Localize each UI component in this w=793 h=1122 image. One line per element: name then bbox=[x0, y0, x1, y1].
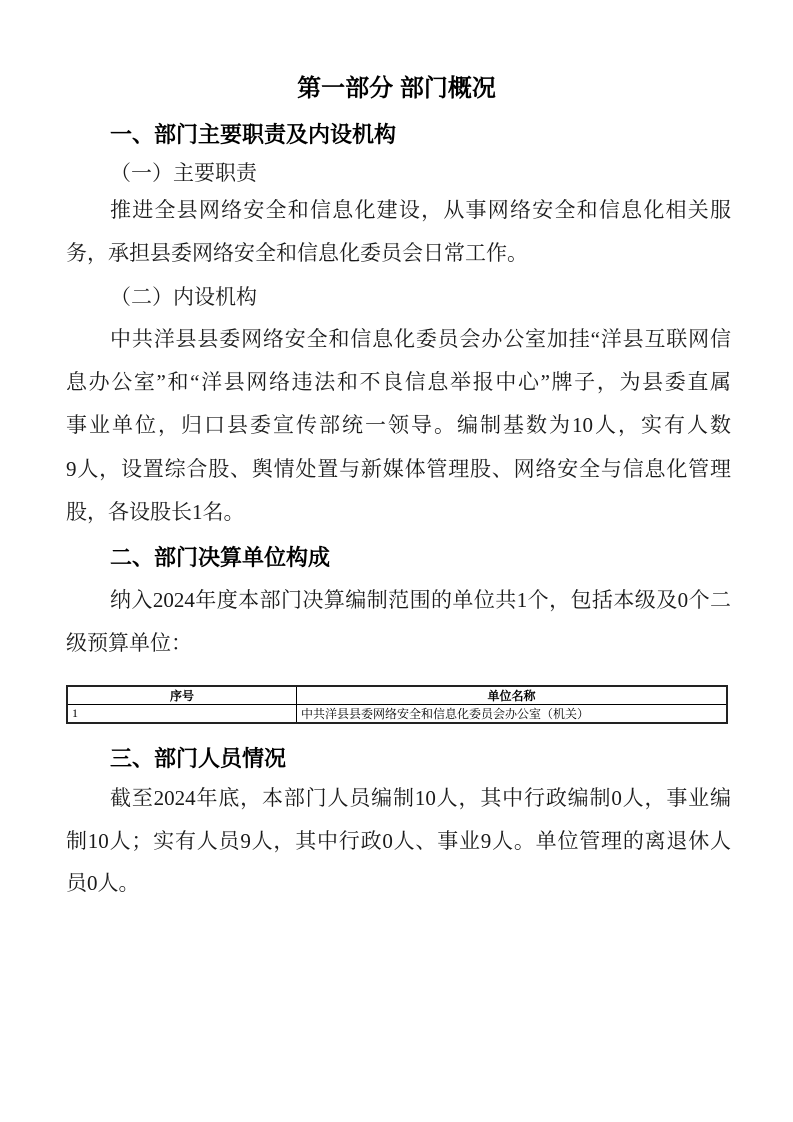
body-line: 事业单位，归口县委宣传部统一领导。编制基数为10人，实有人数 bbox=[66, 411, 731, 439]
section-2-heading: 二、部门决算单位构成 bbox=[110, 544, 330, 572]
section-1-sub-2-title: （二）内设机构 bbox=[110, 283, 257, 311]
table-cell-seq: 1 bbox=[67, 705, 297, 724]
section-1-heading: 一、部门主要职责及内设机构 bbox=[110, 121, 396, 149]
document-page: 第一部分 部门概况 一、部门主要职责及内设机构 （一）主要职责 推进全县网络安全… bbox=[0, 0, 793, 1122]
body-line: 推进全县网络安全和信息化建设，从事网络安全和信息化相关服 bbox=[110, 196, 731, 224]
table-header-row: 序号 单位名称 bbox=[67, 686, 727, 705]
body-line: 息办公室”和“洋县网络违法和不良信息举报中心”牌子，为县委直属 bbox=[66, 368, 731, 396]
body-line: 纳入2024年度本部门决算编制范围的单位共1个，包括本级及0个二 bbox=[110, 586, 731, 614]
body-line: 员0人。 bbox=[66, 869, 140, 897]
body-line: 截至2024年底，本部门人员编制10人，其中行政编制0人，事业编 bbox=[110, 784, 731, 812]
page-title: 第一部分 部门概况 bbox=[0, 74, 793, 104]
body-line: 中共洋县县委网络安全和信息化委员会办公室加挂“洋县互联网信 bbox=[110, 325, 731, 353]
table-header-seq: 序号 bbox=[67, 686, 297, 705]
table-row: 1 中共洋县县委网络安全和信息化委员会办公室（机关） bbox=[67, 705, 727, 724]
section-3-heading: 三、部门人员情况 bbox=[110, 745, 286, 773]
table-cell-unit-name: 中共洋县县委网络安全和信息化委员会办公室（机关） bbox=[297, 705, 728, 724]
body-line: 级预算单位： bbox=[66, 629, 192, 657]
units-table: 序号 单位名称 1 中共洋县县委网络安全和信息化委员会办公室（机关） bbox=[66, 685, 728, 724]
body-line: 股，各设股长1名。 bbox=[66, 498, 245, 526]
table-header-unit-name: 单位名称 bbox=[297, 686, 728, 705]
body-line: 制10人；实有人员9人，其中行政0人、事业9人。单位管理的离退休人 bbox=[66, 827, 731, 855]
section-1-sub-1-title: （一）主要职责 bbox=[110, 159, 257, 187]
body-line: 9人，设置综合股、舆情处置与新媒体管理股、网络安全与信息化管理 bbox=[66, 455, 731, 483]
body-line: 务，承担县委网络安全和信息化委员会日常工作。 bbox=[66, 239, 528, 267]
